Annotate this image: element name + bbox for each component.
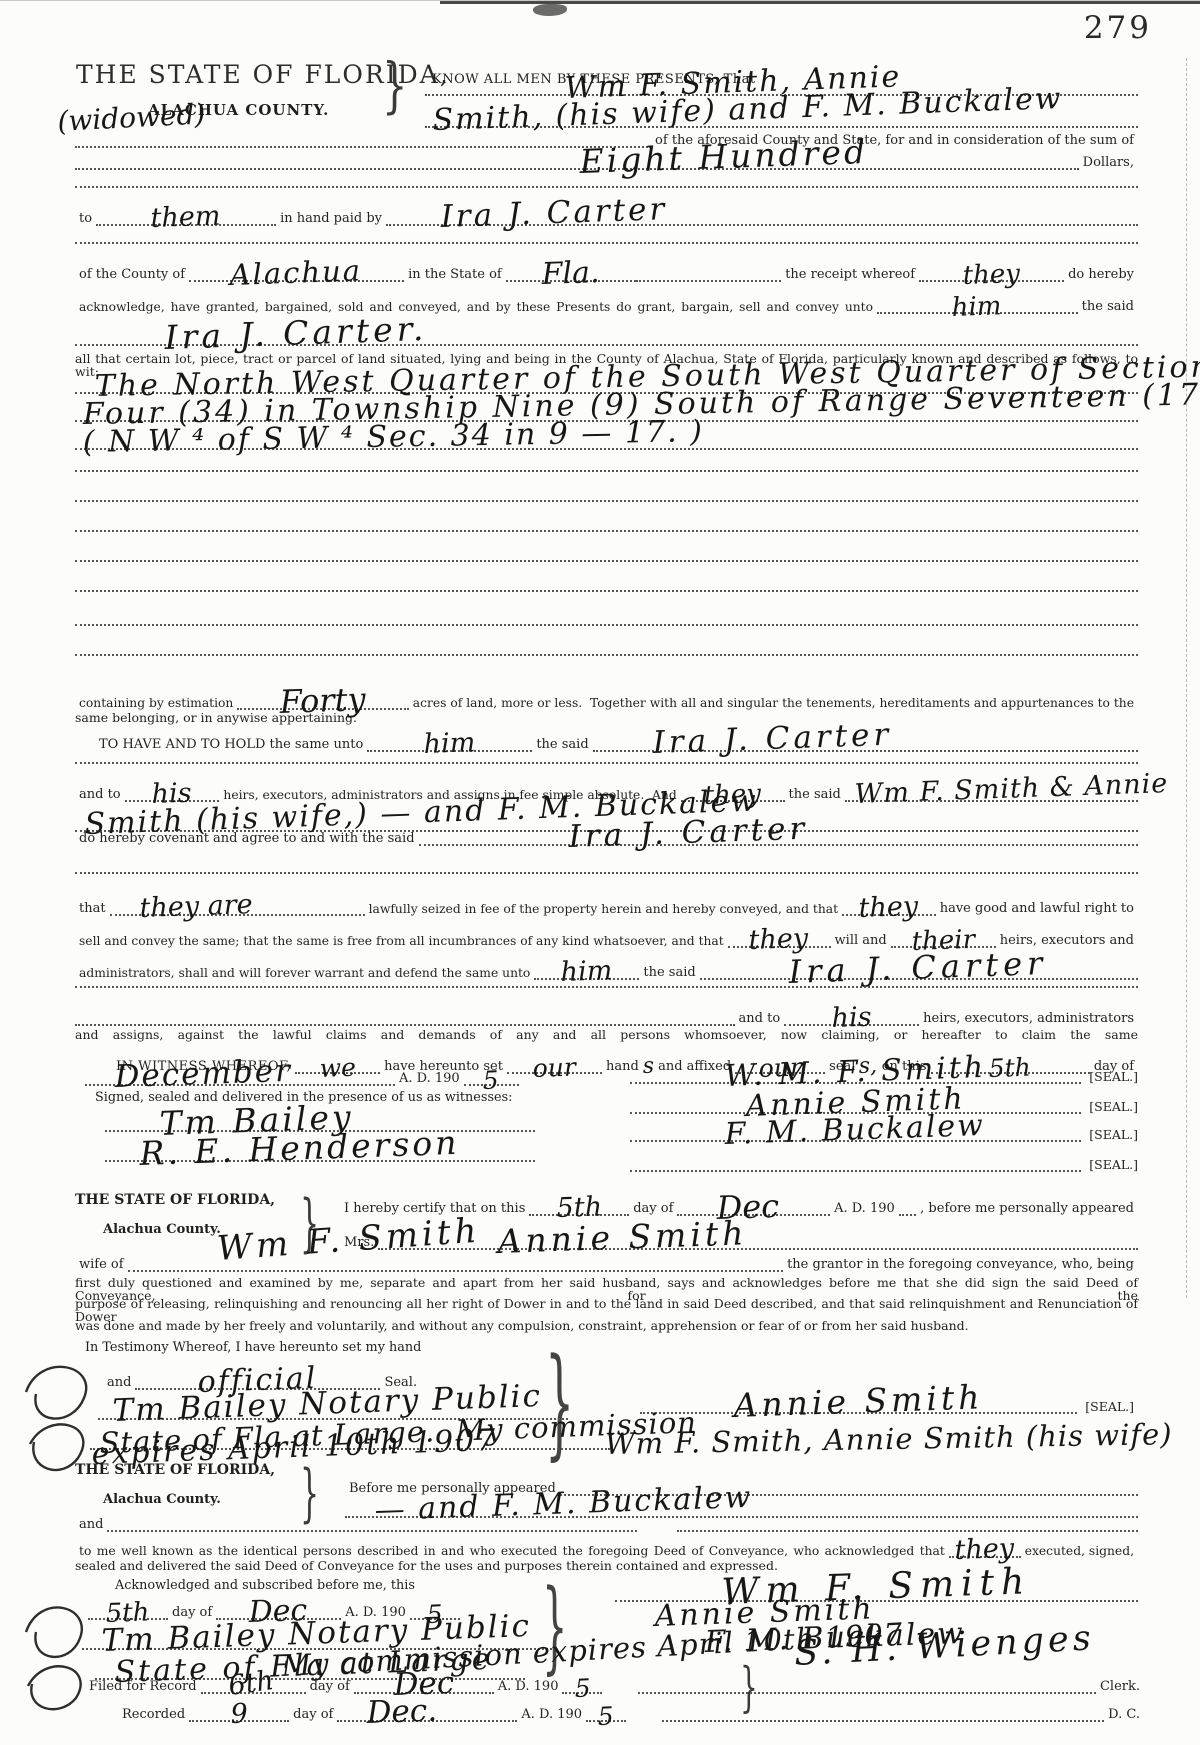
blank [75, 184, 1138, 188]
notary2-state-title: THE STATE OF FLORIDA, [75, 1462, 275, 1478]
blank [75, 760, 1138, 764]
blank [107, 1528, 637, 1532]
blank-line-row [75, 854, 1138, 874]
grantee-name: Ira J. Carter. [164, 317, 427, 349]
and-to-his-row: and to his heirs, executors, administrat… [75, 1004, 1138, 1026]
state-value: Fla. [541, 262, 600, 285]
ink-smudge [533, 4, 567, 16]
dc-line-blank [662, 1718, 1104, 1722]
containing-label: containing by estimation [75, 696, 237, 710]
receipt-blank: they [919, 278, 1064, 282]
blank [75, 984, 1138, 988]
blank [75, 468, 1138, 472]
grantor-text: the grantor in the foregoing conveyance,… [783, 1257, 1138, 1272]
containing-row: containing by estimation Forty acres of … [75, 686, 1138, 710]
acres-text: acres of land, more or less. Together wi… [409, 696, 1138, 710]
blank [75, 498, 1138, 502]
blank-line-row [75, 512, 1138, 532]
blank-line-row [75, 222, 1138, 244]
dower-line3: was done and made by her freely and volu… [75, 1318, 969, 1333]
county-state-row: of the County of Alachua in the State of… [75, 252, 1138, 282]
blank [75, 870, 1138, 874]
husband-blank [128, 1268, 784, 1272]
signer2-row: Annie Smith [SEAL.] [630, 1084, 1142, 1114]
covenant-label: do hereby covenant and agree to and with… [75, 831, 419, 846]
covenant-row: do hereby covenant and agree to and with… [75, 816, 1138, 846]
filed-day-value: 6th [228, 1672, 276, 1697]
ad-label: A. D. 190 [395, 1071, 464, 1086]
filed-label: Filed for Record [85, 1679, 201, 1694]
annie-sig-blank: Annie Smith [640, 1410, 1077, 1414]
annie-seal-row: Annie Smith [SEAL.] [640, 1376, 1138, 1414]
blank-line-row [75, 572, 1138, 592]
blank [75, 240, 1138, 244]
grantee-blank: Ira J. Carter. [75, 342, 1138, 346]
rec-day-value: 9 [230, 1706, 248, 1725]
signer1-row: W. M. F. Smith [SEAL.] [630, 1052, 1142, 1084]
receipt-label: the receipt whereof [781, 267, 919, 282]
description-line3-row: ( N W ⁴ of S W ⁴ Sec. 34 in 9 — 17. ) [75, 422, 1138, 450]
they2-blank: they [842, 912, 936, 916]
blank-line-row [75, 452, 1138, 472]
filed-row: Filed for Record 6th day of Dec A. D. 19… [85, 1668, 1144, 1694]
do-hereby-label: do hereby [1064, 267, 1138, 282]
blank [75, 558, 1138, 562]
month-value: December [114, 1061, 292, 1089]
month-blank: December [85, 1082, 395, 1086]
header-brace: } [382, 56, 407, 116]
blank-line-row [75, 636, 1138, 656]
filed-year-value: 5 [574, 1679, 591, 1697]
blank-line-row [75, 166, 1138, 188]
seal-tag: [SEAL.] [1077, 1399, 1138, 1414]
seized-row: that they are lawfully seized in fee of … [75, 888, 1138, 916]
description-line3: ( N W ⁴ of S W ⁴ Sec. 34 in 9 — 17. ) [83, 421, 704, 453]
county-value: Alachua [230, 260, 363, 285]
rec-month-value: Dec. [367, 1701, 438, 1725]
and-label2: and [75, 1517, 107, 1532]
notary1-state-title: THE STATE OF FLORIDA, [75, 1192, 275, 1208]
acknowledge-row: acknowledge, have granted, bargained, so… [75, 288, 1138, 314]
and-to-label2: and to [735, 1011, 785, 1026]
blank [75, 622, 1138, 626]
blank-line-row [75, 606, 1138, 626]
claims-text: and assigns, against the lawful claims a… [75, 1028, 1138, 1041]
his2-value: his [831, 1009, 872, 1029]
that-label: that [75, 901, 110, 916]
they2-value: they [858, 898, 918, 919]
blank-line-row [75, 968, 1138, 988]
covenant-blank: Ira J. Carter [419, 842, 1138, 846]
blank-line-row [75, 744, 1138, 764]
right-margin-rule [1186, 58, 1187, 1298]
seal-tag: [SEAL.] [1081, 1069, 1142, 1084]
clerk-label: Clerk. [1096, 1679, 1144, 1694]
they-are-blank: they are [110, 912, 365, 916]
they5-value: they [954, 1540, 1014, 1561]
known-text: to me well known as the identical person… [75, 1544, 949, 1558]
rec-ad-label: A. D. 190 [517, 1707, 586, 1722]
description-blank3: ( N W ⁴ of S W ⁴ Sec. 34 in 9 — 17. ) [75, 446, 1138, 450]
filed-year-blank: 5 [562, 1690, 602, 1694]
grantors-line2-row: Smith, (his wife) and F. M. Buckalew [425, 96, 1138, 128]
notary2-county-title: Alachua County. [103, 1492, 221, 1507]
his2-blank: his [784, 1022, 919, 1026]
signer3-signature: F. M. Buckalew [725, 1115, 986, 1145]
seal-tag: [SEAL.] [1081, 1127, 1142, 1142]
ack-text: Acknowledged and subscribed before me, t… [115, 1578, 415, 1593]
blank [677, 1528, 1138, 1532]
blank-line-row [75, 542, 1138, 562]
appeared-line1-value: Wm F. Smith, Annie Smith (his wife) [605, 1424, 1173, 1454]
seal-tag: [SEAL.] [1081, 1157, 1142, 1172]
testimony-text: In Testimony Whereof, I have hereunto se… [85, 1340, 421, 1355]
n2-sig1-row: Wm F. Smith [615, 1560, 1138, 1602]
blank-line-row [75, 482, 1138, 502]
blank [636, 278, 781, 282]
clerk-signature: S. H. Wienges [794, 1626, 1096, 1666]
recorded-label: Recorded [118, 1707, 189, 1722]
sell-text: sell and convey the same; that the same … [75, 934, 728, 948]
witness2-row: R. E. Henderson [105, 1128, 535, 1162]
commission-expires-value: expires April 10th 1907 [91, 1430, 497, 1465]
county-of-label: of the County of [75, 267, 189, 282]
and-blank-row: and [75, 1514, 1138, 1532]
receipt-value: they [962, 265, 1020, 285]
rec-year-blank: 5 [586, 1718, 626, 1722]
known-row: to me well known as the identical person… [75, 1534, 1138, 1558]
wife-of-label: wife of [75, 1257, 128, 1272]
rec-day-of-label: day of [289, 1707, 337, 1722]
year-blank: 5 [464, 1082, 519, 1086]
notary1-county-title: Alachua County. [103, 1222, 221, 1237]
filed-day-of-label: day of [306, 1679, 354, 1694]
state-of-label: in the State of [404, 267, 506, 282]
blank [75, 588, 1138, 592]
right-text: have good and lawful right to [936, 901, 1138, 916]
signer4-blank [630, 1168, 1081, 1172]
dc-label: D. C. [1104, 1707, 1144, 1722]
scan-top-line [0, 0, 1200, 1]
signer4-row: [SEAL.] [630, 1142, 1142, 1172]
annie-signature: Annie Smith [733, 1385, 984, 1417]
blank [75, 1022, 735, 1026]
clerk-line-blank [638, 1690, 1095, 1694]
sell-row: sell and convey the same; that the same … [75, 920, 1138, 948]
wife-of-row: wife of the grantor in the foregoing con… [75, 1246, 1138, 1272]
recorded-row: Recorded 9 day of Dec. A. D. 190 5 D. C. [118, 1696, 1144, 1722]
filed-day-blank: 6th [201, 1690, 306, 1694]
notary-seal-scribble [12, 1598, 112, 1718]
rec-year-value: 5 [597, 1707, 614, 1725]
notary-seal-scribble [12, 1358, 112, 1478]
witness2-blank: R. E. Henderson [105, 1158, 535, 1162]
blank [75, 652, 1138, 656]
filed-ad-label: A. D. 190 [494, 1679, 563, 1694]
signer3-row: F. M. Buckalew [SEAL.] [630, 1112, 1142, 1142]
they-are-value: they are [139, 896, 253, 919]
deed-record-page: 279 THE STATE OF FLORIDA, } ALACHUA COUN… [0, 0, 1200, 1745]
year-value: 5 [483, 1071, 500, 1089]
page-number: 279 [1084, 10, 1152, 46]
blank [75, 528, 1138, 532]
grantee-row: Ira J. Carter. [75, 312, 1138, 346]
executed-text: executed, signed, [1021, 1544, 1138, 1558]
rec-month-blank: Dec. [337, 1718, 517, 1722]
they5-blank: they [949, 1554, 1021, 1558]
state-blank: Fla. [506, 278, 636, 282]
month-row: December A. D. 190 5 [85, 1058, 545, 1086]
will-and-label: will and [831, 933, 891, 948]
seized-text: lawfully seized in fee of the property h… [365, 902, 842, 916]
covenant-grantee: Ira J. Carter [568, 819, 808, 849]
rec-day-blank: 9 [189, 1718, 289, 1722]
witness2-signature: R. E. Henderson [139, 1131, 460, 1165]
county-blank: Alachua [189, 278, 404, 282]
heirs2-label: heirs, executors, administrators [919, 1011, 1138, 1026]
